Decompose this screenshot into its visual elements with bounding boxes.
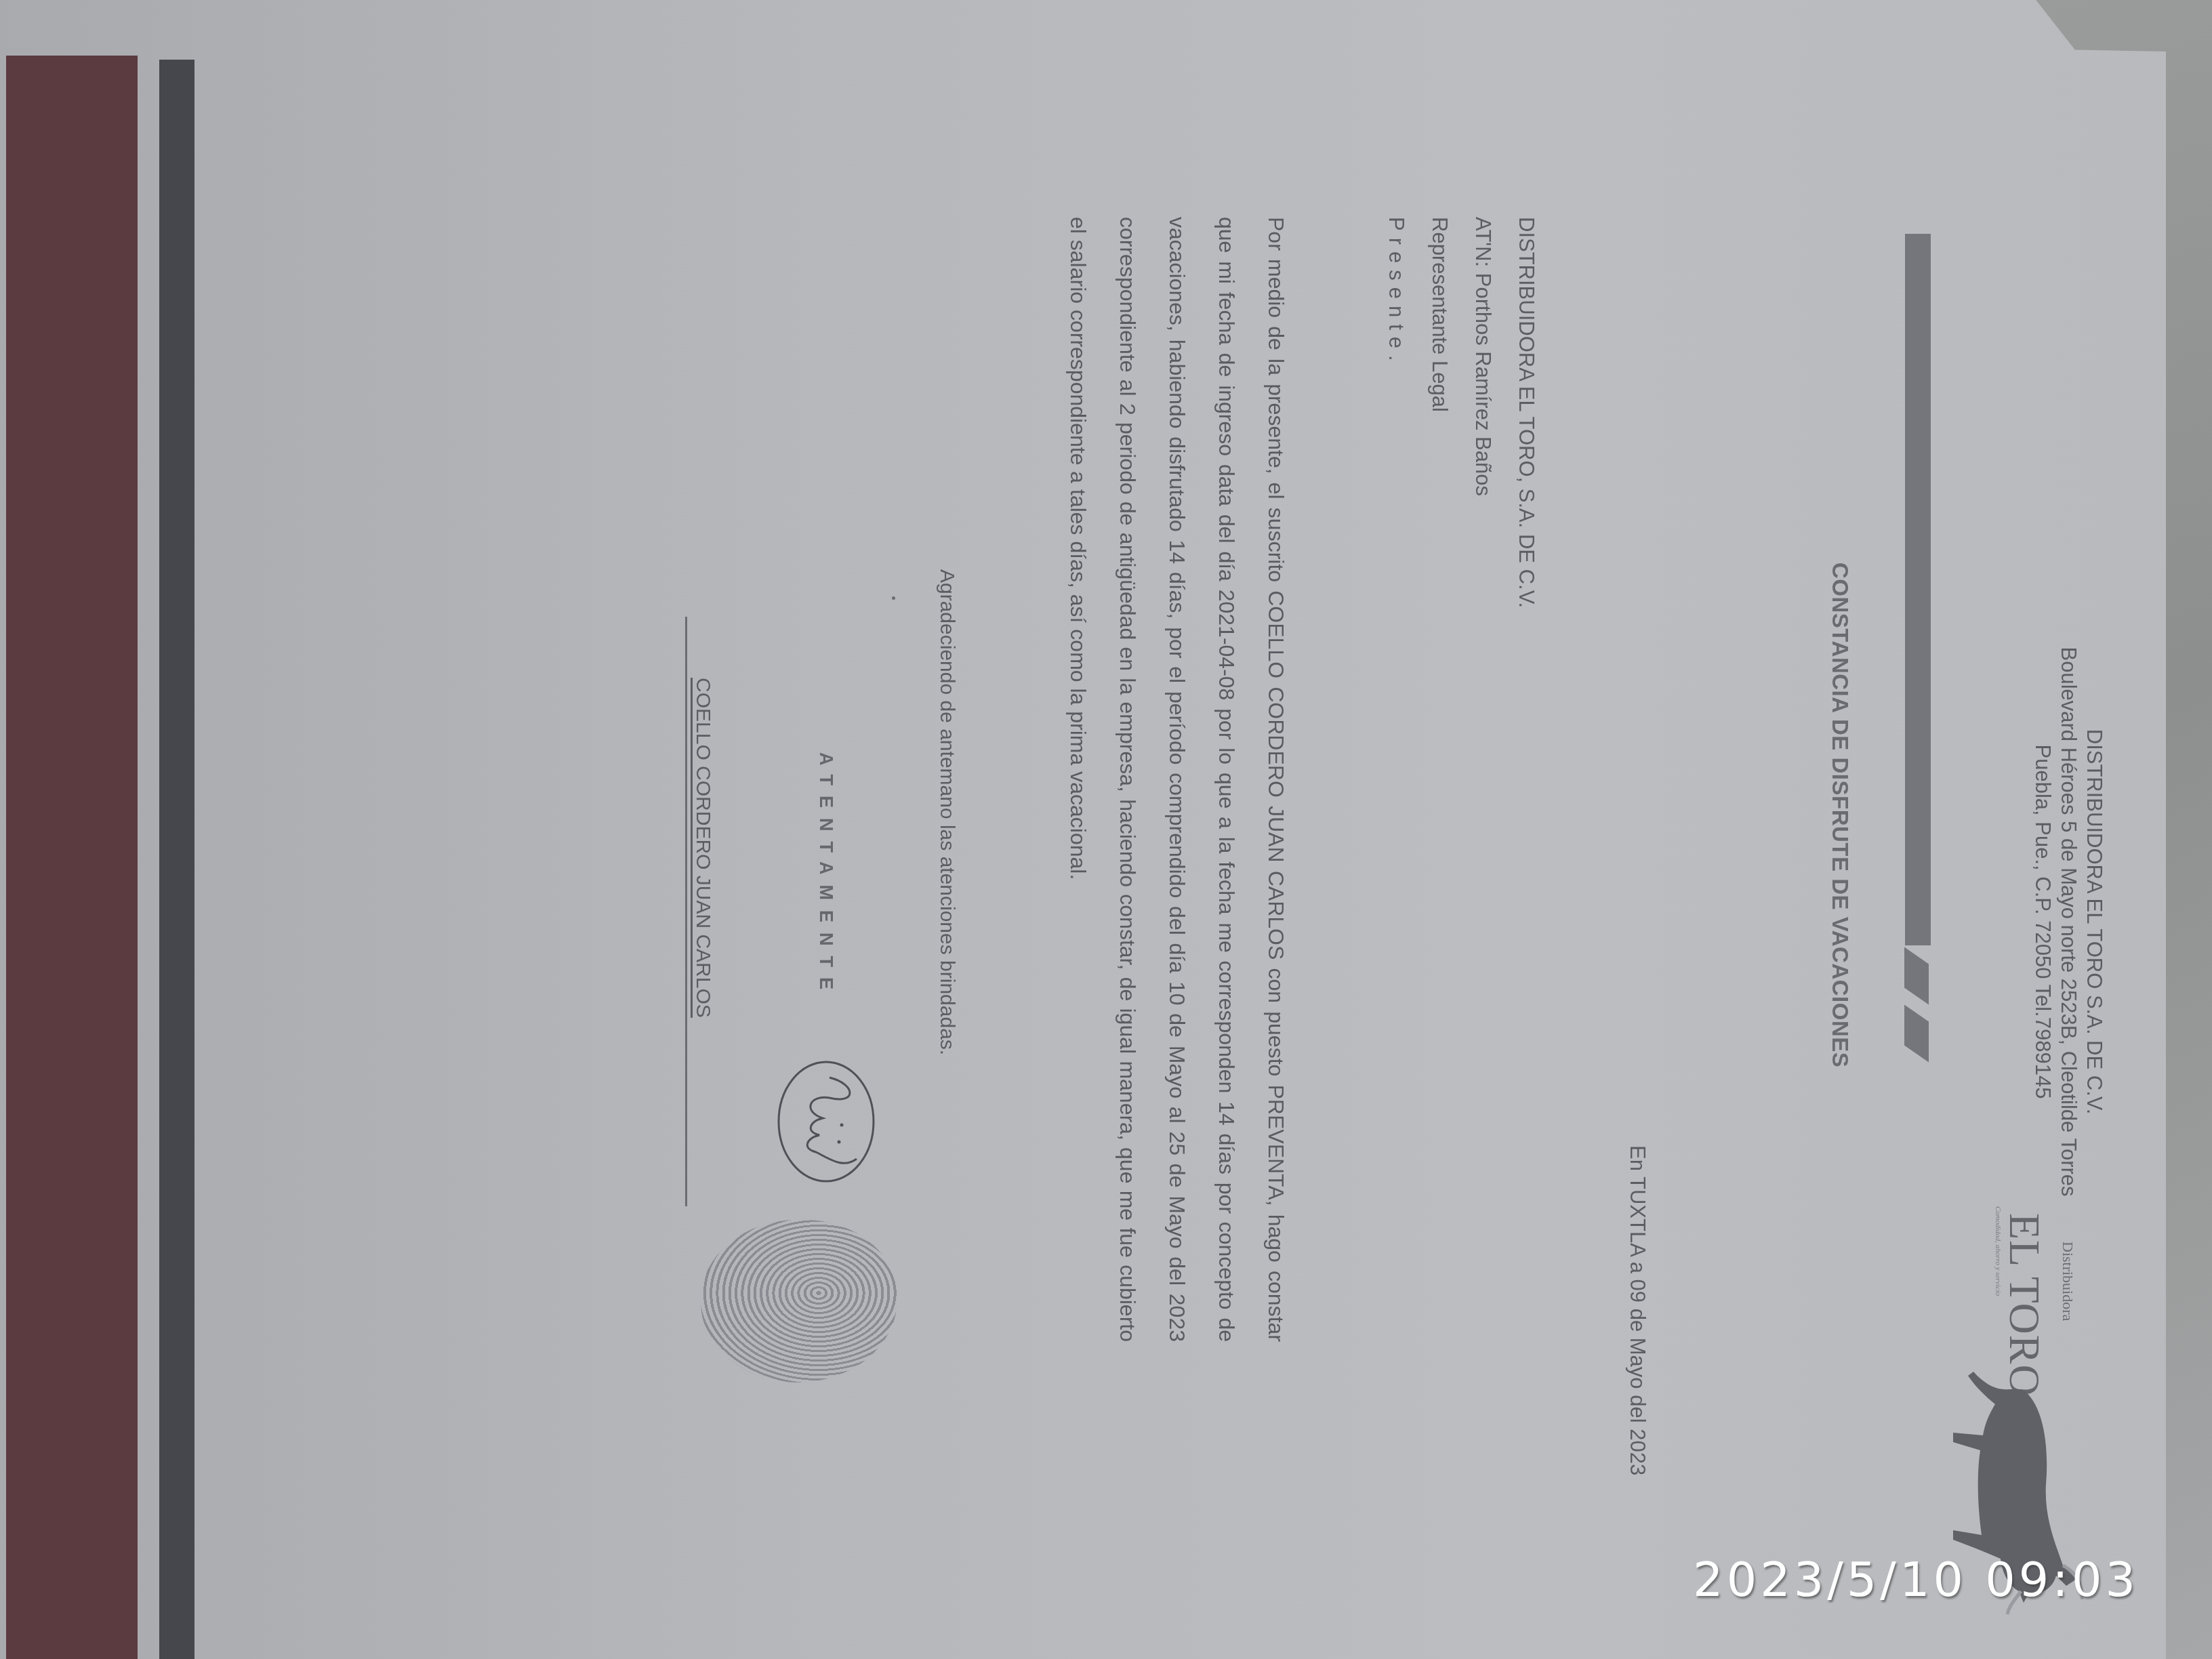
header-stripe-chip <box>1904 947 1929 1004</box>
document-title: CONSTANCIA DE DISFRUTE DE VACACIONES <box>1827 562 1853 1067</box>
handwritten-signature <box>769 1057 884 1186</box>
letter-document: DISTRIBUIDORA EL TORO S.A. DE C.V. Boule… <box>0 0 2212 1659</box>
salutation: ATENTAMENTE <box>815 752 836 1000</box>
letterhead-address: DISTRIBUIDORA EL TORO S.A. DE C.V. Boule… <box>2030 637 2107 1206</box>
addressee-attention: AT'N: Porthos Ramírez Baños <box>1461 217 1504 608</box>
addressee-company: DISTRIBUIDORA EL TORO, S.A. DE C.V. <box>1504 217 1548 608</box>
thumbprint <box>701 1220 897 1382</box>
place-date: En TUXTLA a 09 de Mayo del 2023 <box>1625 1145 1650 1475</box>
letterhead-address-line1: Boulevard Héroes 5 de Mayo norte 2523B, … <box>2055 637 2081 1206</box>
addressee-block: DISTRIBUIDORA EL TORO, S.A. DE C.V. AT'N… <box>1374 217 1548 608</box>
header-stripe-chip <box>1904 1004 1929 1062</box>
addressee-greeting: Presente. <box>1374 217 1418 608</box>
photo-timestamp: 2023/5/10 09:03 <box>1693 1552 2139 1607</box>
letterhead-address-line2: Puebla, Pue., C.P. 72050 Tel.7989145 <box>2030 637 2055 1206</box>
signature-line <box>685 617 687 1206</box>
signer-name: COELLO CORDERO JUAN CARLOS <box>691 678 714 1018</box>
body-paragraph: Por medio de la presente, el suscrito CO… <box>1053 217 1300 1342</box>
logo-small-text: Distribuidora <box>2059 1242 2076 1321</box>
logo-tagline: Comodidad, ahorro y servicio <box>1994 1206 2002 1296</box>
header-stripe <box>1905 234 1931 945</box>
closing-line: Agradeciendo de antemano las atenciones … <box>935 569 958 1055</box>
ink-dot <box>892 596 895 600</box>
decorative-band-gray <box>159 60 194 1659</box>
addressee-role: Representante Legal <box>1418 217 1461 608</box>
decorative-band-red <box>6 56 138 1659</box>
letterhead-company: DISTRIBUIDORA EL TORO S.A. DE C.V. <box>2081 637 2107 1206</box>
